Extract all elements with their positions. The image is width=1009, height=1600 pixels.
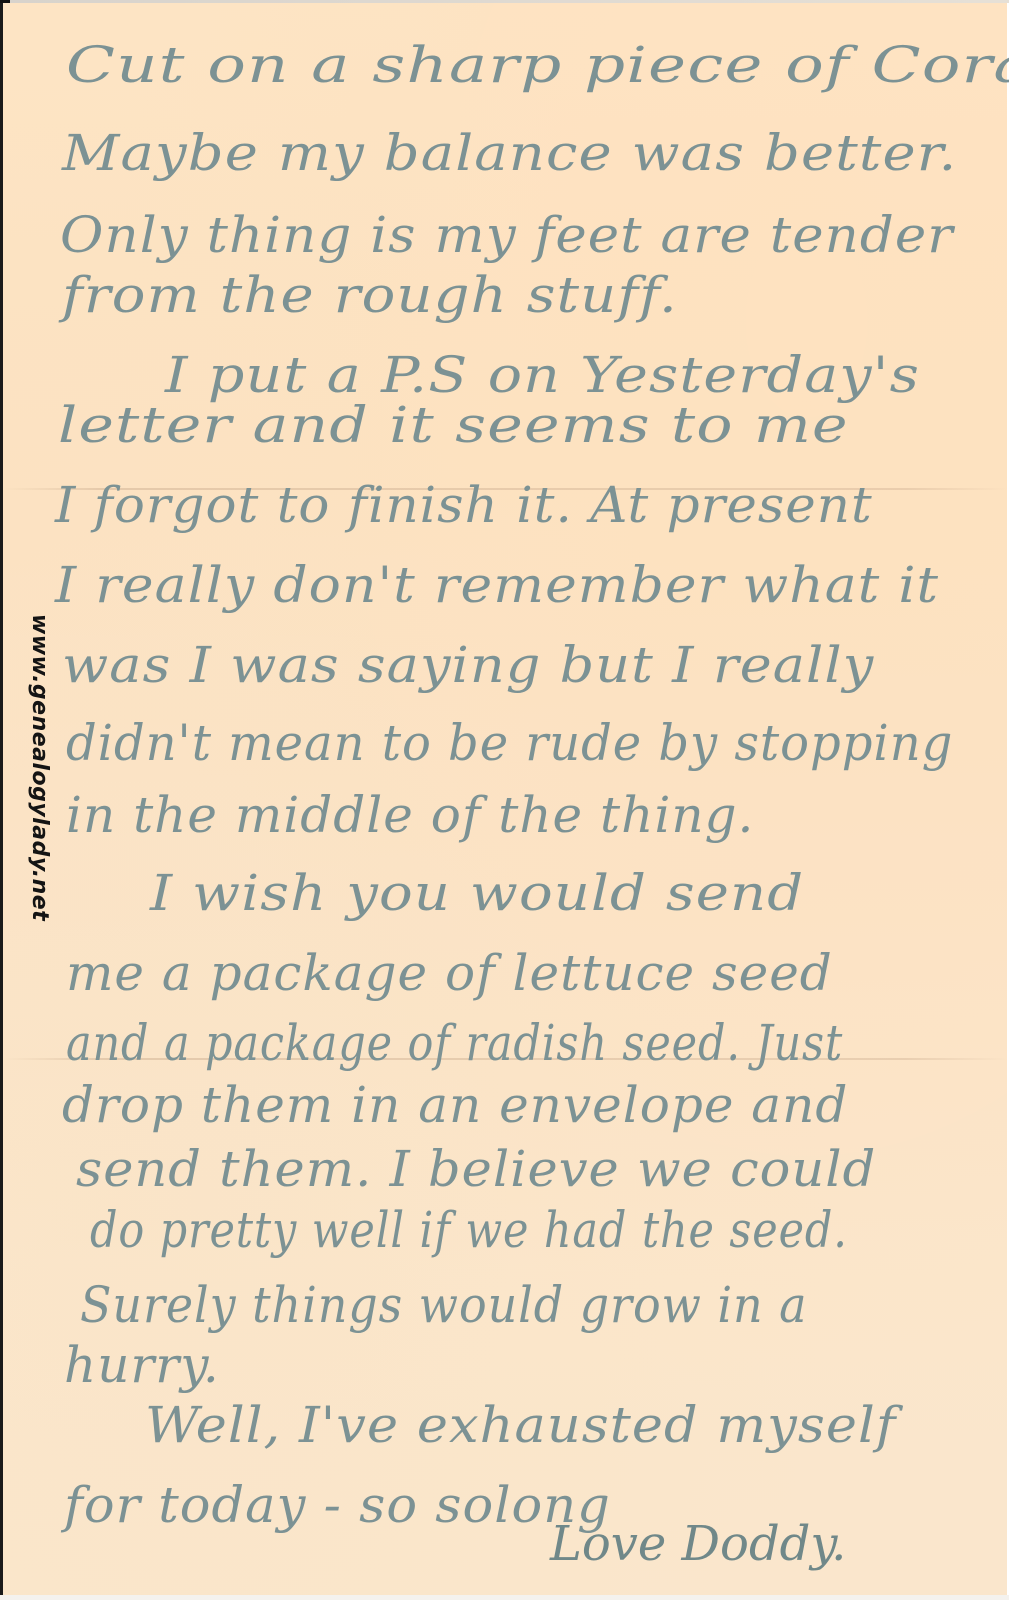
letter-line: Only thing is my feet are tender <box>60 210 954 260</box>
letter-line: I really don't remember what it <box>55 560 939 610</box>
letter-line: Cut on a sharp piece of Coral. <box>66 40 1009 90</box>
letter-line: me a package of lettuce seed <box>66 948 833 998</box>
letter-line: hurry. <box>64 1340 220 1390</box>
letter-line: for today - so solong <box>64 1480 611 1530</box>
letter-line: send them. I believe we could <box>76 1144 876 1194</box>
letter-line: I wish you would send <box>150 868 804 918</box>
letter-line: and a package of radish seed. Just <box>66 1018 843 1068</box>
letter-line: drop them in an envelope and <box>62 1080 848 1130</box>
letter-line: Well, I've exhausted myself <box>145 1400 896 1450</box>
letter-page: www.genealogylady.net Cut on a sharp pie… <box>0 0 1009 1600</box>
letter-line: letter and it seems to me <box>58 400 849 450</box>
letter-line: do pretty well if we had the seed. <box>90 1205 848 1255</box>
letter-body: Cut on a sharp piece of Coral. Maybe my … <box>0 0 1009 1600</box>
letter-line: Surely things would grow in a <box>80 1280 807 1330</box>
letter-line: I put a P.S on Yesterday's <box>165 350 920 400</box>
letter-line: I forgot to finish it. At present <box>55 480 873 530</box>
letter-line: didn't mean to be rude by stopping <box>66 718 953 768</box>
letter-line: in the middle of the thing. <box>66 790 754 840</box>
signature: Love Doddy. <box>550 1520 846 1568</box>
letter-line: was I was saying but I really <box>62 640 874 690</box>
letter-line: from the rough stuff. <box>62 270 678 320</box>
letter-line: Maybe my balance was better. <box>62 128 957 178</box>
